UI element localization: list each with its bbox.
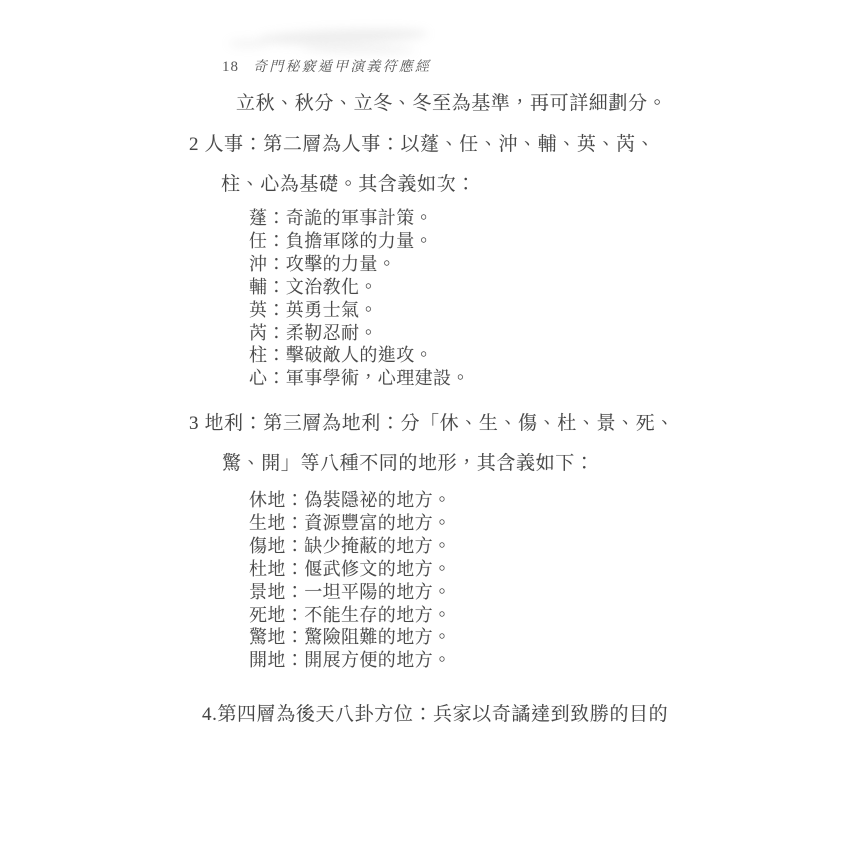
list-item: 芮：柔靭忍耐。 [249,322,470,345]
section-2-heading-line-1: 2 人事：第二層為人事：以蓬、任、沖、輔、英、芮、 [189,129,655,156]
section-2-definition-list: 蓬：奇詭的軍事計策。 任：負擔軍隊的力量。 沖：攻擊的力量。 輔：文治敎化。 英… [249,207,470,390]
scan-smudge [300,44,415,54]
section-3-heading-line-2: 驚、開」等八種不同的地形，其含義如下： [222,448,594,475]
list-item: 生地：資源豐富的地方。 [249,512,451,535]
list-item: 驚地：驚險阻難的地方。 [249,626,451,649]
list-item: 任：負擔軍隊的力量。 [249,230,470,253]
scanned-book-page: 18奇門秘竅遁甲演義符應經 立秋、秋分、立冬、冬至為基準，再可詳細劃分。 2 人… [0,0,850,850]
list-item: 輔：文治敎化。 [249,276,470,299]
intro-line: 立秋、秋分、立冬、冬至為基準，再可詳細劃分。 [236,88,667,115]
list-item: 杜地：偃武修文的地方。 [249,558,451,581]
section-2-heading-line-2: 柱、心為基礎。其含義如次： [221,169,476,196]
list-item: 蓬：奇詭的軍事計策。 [249,207,470,230]
list-item: 傷地：缺少掩蔽的地方。 [249,535,451,558]
list-item: 心：軍事學術，心理建設。 [249,367,470,390]
page-number: 18 [222,59,239,76]
list-item: 柱：擊破敵人的進攻。 [249,344,470,367]
section-3-heading-line-1: 3 地利：第三層為地利：分「休、生、傷、杜、景、死、 [189,408,675,435]
list-item: 沖：攻擊的力量。 [249,253,470,276]
list-item: 死地：不能生存的地方。 [249,604,451,627]
running-header: 18奇門秘竅遁甲演義符應經 [222,56,431,76]
scan-smudge [258,27,428,46]
list-item: 景地：一坦平陽的地方。 [249,581,451,604]
scan-smudge [228,40,268,47]
section-4-heading-line: 4.第四層為後天八卦方位：兵家以奇譎達到致勝的目的 [202,699,668,726]
section-3-definition-list: 休地：偽裝隱祕的地方。 生地：資源豐富的地方。 傷地：缺少掩蔽的地方。 杜地：偃… [249,489,451,672]
list-item: 英：英勇士氣。 [249,299,470,322]
list-item: 開地：開展方便的地方。 [249,649,451,672]
list-item: 休地：偽裝隱祕的地方。 [249,489,451,512]
book-title: 奇門秘竅遁甲演義符應經 [253,56,431,76]
